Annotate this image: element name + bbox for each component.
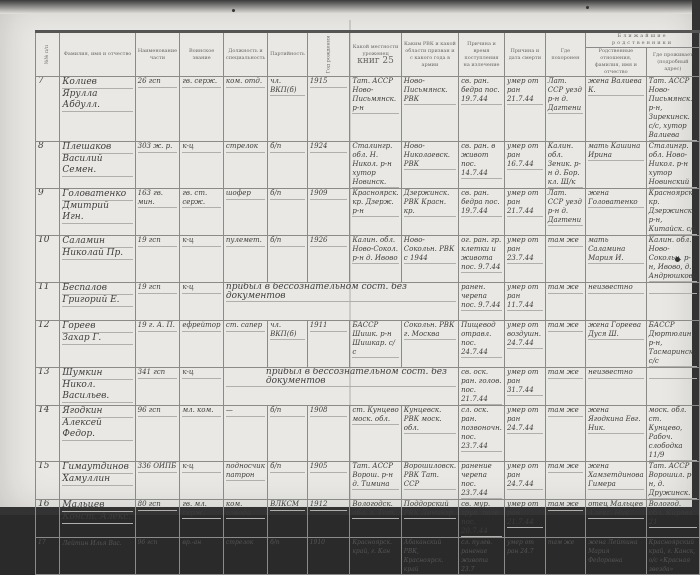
admission-cell: св. ран. в живот пос. 14.7.44 (459, 142, 505, 189)
soldier-name: ГореевЗахар Г. (60, 321, 135, 368)
burial-cell: там же (545, 321, 585, 368)
birth-year-cell: 1905 (307, 462, 350, 500)
address-cell: Калин. обл. Ново-Сокольн. р-н, Ивово, д.… (646, 236, 699, 283)
header-position: Должность и специальность (223, 32, 267, 77)
note-span: прибыл в бессознательном сост. без докум… (223, 368, 458, 406)
position-cell: подносчик патрон (223, 462, 267, 500)
rank-cell: к-ц (180, 236, 224, 283)
admission-cell: ог. ран. гр. клетки и живота пос. 9.7.44 (459, 236, 505, 283)
admission-cell: ранение черепа пос. 23.7.44 (459, 462, 505, 500)
soldier-name: ЯгодкинАлексей Федор. (60, 406, 135, 462)
birthplace-cell: ст. Кунцево моск. обл. (350, 406, 401, 462)
book-note: книг 25 (357, 56, 394, 66)
death-cell: умер от ран 23.7.44 (504, 236, 545, 283)
relative-cell: жена Ягодкина Евг. Ник. (586, 406, 647, 462)
row-number: 15 (36, 462, 60, 500)
party-cell: чл. ВКП(б) (268, 77, 308, 142)
row-number: 9 (36, 189, 60, 236)
rvk-cell: Ново-Письмянск. РВК (401, 77, 458, 142)
header-no: №№ п/п (36, 32, 60, 77)
header-burial: Где похоронен (545, 32, 585, 77)
table-row: 7КолиевЯрулла Абдулл.26 гспгв. серж.ком.… (36, 77, 700, 142)
party-cell: б/п (268, 142, 308, 189)
header-birthplace: Какой местности уроженецкниг 25 (350, 32, 401, 77)
birthplace-cell: Вологодск. обл. г. Тот. (350, 500, 401, 516)
soldier-name: МальцевКонст. Алекс. (60, 500, 135, 516)
header-unit: Наименование части (135, 32, 180, 77)
address-cell: моск. обл. ст. Кунцево, Рабоч. слободка … (646, 406, 699, 462)
soldier-name: КолиевЯрулла Абдулл. (60, 77, 135, 142)
header-death: Причина и дата смерти (504, 32, 545, 77)
rvk-cell: Кунцевск. РВК моск. обл. (401, 406, 458, 462)
party-cell: ВЛКСМ (268, 500, 308, 516)
death-cell: умер от ран 24.7.44 (504, 462, 545, 500)
row-number: 12 (36, 321, 60, 368)
header-rank: Воинское звание (180, 32, 224, 77)
soldier-name: БеспаловГригорий Е. (60, 283, 135, 321)
burial-cell: там же (545, 406, 585, 462)
address-cell (646, 368, 699, 406)
admission-cell: св. мур. груд. позв. пос. 20.7.44 (459, 500, 505, 516)
scan-speck (586, 6, 589, 9)
unit-cell: 163 гв. мин. (135, 189, 180, 236)
burial-cell: там же (545, 283, 585, 321)
unit-cell: 19 гсп (135, 236, 180, 283)
unit-cell: 303 ж. р. (135, 142, 180, 189)
death-cell: умер от воздушн. 24.7.44 (504, 321, 545, 368)
rvk-cell: Ново-Сокольн. РВК с 1944 (401, 236, 458, 283)
scan-speck (232, 9, 235, 12)
table-row: 12ГореевЗахар Г.19 г. А. П.ефрейторст. с… (36, 321, 700, 368)
relative-cell: жена Хамзетдинова Гимера (586, 462, 647, 500)
ledger-page: №№ п/п Фамилия, имя и отчество Наименова… (0, 0, 700, 515)
scan-edge-top (0, 0, 700, 14)
death-cell: умер от ран 31.7.44 (504, 368, 545, 406)
header-year: Год рождения (307, 32, 350, 77)
header-relatives-group: Ближайшие родственники (586, 32, 700, 48)
burial-cell: там же (545, 500, 585, 516)
relative-cell: мать Кашина Ирина (586, 142, 647, 189)
burial-cell: там же (545, 462, 585, 500)
rvk-cell: Ново-Николаевск. РВК (401, 142, 458, 189)
relative-cell: мать Саламина Мария И. (586, 236, 647, 283)
position-cell: стрелок (223, 142, 267, 189)
birth-year-cell: 1912 (307, 500, 350, 516)
birth-year-cell: 1908 (307, 406, 350, 462)
unit-cell: 80 гсп (135, 500, 180, 516)
death-cell: умер от ран 21.7.44 (504, 500, 545, 516)
address-cell: Тат. АССР Ново-Письмянск. р-н, Зирекинск… (646, 77, 699, 142)
soldier-name: ПлешаковВасилий Семен. (60, 142, 135, 189)
position-cell: ст. сапер (223, 321, 267, 368)
table-row: 10СаламинНиколай Пр.19 гспк-цпулемет.б/п… (36, 236, 700, 283)
table-row: 13ШумкинНикол. Васильев.341 гспк-цприбыл… (36, 368, 700, 406)
rank-cell: мл. ком. (180, 406, 224, 462)
row-number: 13 (36, 368, 60, 406)
rvk-cell: Поддорский РВК Ленингр. (401, 500, 458, 516)
relative-cell: неизвестно (586, 283, 647, 321)
admission-cell: св. ран. бедра пос. 19.7.44 (459, 77, 505, 142)
rank-cell: к-ц (180, 283, 224, 321)
party-cell: б/п (268, 406, 308, 462)
scan-speck (675, 257, 680, 262)
rank-cell: к-ц (180, 368, 224, 406)
burial-cell: Лат. ССР уезд р-н д. Дагтени (545, 189, 585, 236)
death-cell: умер от ран 21.7.44 (504, 77, 545, 142)
row-number: 7 (36, 77, 60, 142)
position-cell: пулемет. (223, 236, 267, 283)
relative-cell: жена Валиева К. (586, 77, 647, 142)
rvk-cell: Сокольн. РВК г. Москва (401, 321, 458, 368)
birth-year-cell: 1915 (307, 77, 350, 142)
soldier-name: СаламинНиколай Пр. (60, 236, 135, 283)
row-number: 16 (36, 500, 60, 516)
birthplace-cell: Тат. АССР Ворош. р-н д. Тимина (350, 462, 401, 500)
position-cell: ком. взвода (223, 500, 267, 516)
admission-cell: сл. оск. ран. позвоночн. пос. 23.7.44 (459, 406, 505, 462)
rank-cell: к-ц (180, 142, 224, 189)
birthplace-cell: Сталингр. обл. Н. Никол. р-н хутор Новин… (350, 142, 401, 189)
address-cell: Тат. АССР Ворошил. р-н, д. Дружинск. (646, 462, 699, 500)
birthplace-cell: БАССР Шишк. р-н Шишкар. с/с (350, 321, 401, 368)
burial-cell: Калин. обл. Зеник. р-н д. Бор. кл. Ш/к (545, 142, 585, 189)
admission-cell: ранен. черепа пос. 9.7.44 (459, 283, 505, 321)
address-cell: Красноярск. кр. Дзержинск. р-н, Китайск.… (646, 189, 699, 236)
burial-cell: там же (545, 368, 585, 406)
party-cell: б/п (268, 236, 308, 283)
address-cell: Сталингр. обл. Ново-Никол. р-н хутор Нов… (646, 142, 699, 189)
position-cell: — (223, 406, 267, 462)
rank-cell: гв. ст. серж. (180, 189, 224, 236)
death-cell: умер от ран 16.7.44 (504, 142, 545, 189)
rank-cell: гв. мл. серж. (180, 500, 224, 516)
table-row: 11БеспаловГригорий Е.19 гспк-цприбыл в б… (36, 283, 700, 321)
position-cell: шофер (223, 189, 267, 236)
note-span: прибыл в бессознательном сост. без докум… (223, 283, 458, 321)
birth-year-cell: 1924 (307, 142, 350, 189)
birthplace-cell: Красноярск. кр. Дзерж. р-н (350, 189, 401, 236)
relative-cell: жена Головатенко (586, 189, 647, 236)
header-admission: Причина и время поступления на излечение (459, 32, 505, 77)
rank-cell: гв. серж. (180, 77, 224, 142)
table-row: 16МальцевКонст. Алекс.80 гспгв. мл. серж… (36, 500, 700, 516)
death-cell: умер от ран 11.7.44 (504, 283, 545, 321)
unit-cell: 341 гсп (135, 368, 180, 406)
relative-cell: неизвестно (586, 368, 647, 406)
burial-cell: Лат. ССР уезд р-н д. Дагтени (545, 77, 585, 142)
party-cell: чл. ВКП(б) (268, 321, 308, 368)
admission-cell: св. оск. ран. голов. пос. 21.7.44 (459, 368, 505, 406)
birthplace-cell: Тат. АССР Ново-Письмянск. р-н (350, 77, 401, 142)
address-cell: БАССР Дюртюлин. р-н, Тасмаринск. с/с (646, 321, 699, 368)
rvk-cell: Дзержинск. РВК Красн. кр. (401, 189, 458, 236)
birthplace-cell: Калин. обл. Ново-Сокол. р-н д. Ивово (350, 236, 401, 283)
address-cell (646, 283, 699, 321)
table-row: 15ГимаутдиновХамуллин336 ОИПБк-цподносчи… (36, 462, 700, 500)
header-address: Где проживает (подробный адрес) (646, 48, 699, 77)
unit-cell: 96 гсп (135, 406, 180, 462)
admission-cell: Пищевод отравл. пос. 24.7.44 (459, 321, 505, 368)
rank-cell: ефрейтор (180, 321, 224, 368)
row-number: 14 (36, 406, 60, 462)
position-cell: ком. отд. (223, 77, 267, 142)
table-row: 8ПлешаковВасилий Семен.303 ж. р.к-цстрел… (36, 142, 700, 189)
birth-year-cell: 1909 (307, 189, 350, 236)
row-number: 8 (36, 142, 60, 189)
header-name: Фамилия, имя и отчество (60, 32, 135, 77)
death-register-table: №№ п/п Фамилия, имя и отчество Наименова… (35, 30, 700, 515)
table-row: 14ЯгодкинАлексей Федор.96 гспмл. ком.—б/… (36, 406, 700, 462)
rvk-cell: Ворошиловск. РВК Тат. ССР (401, 462, 458, 500)
header-relative: Родственные отношения, фамилия, имя и от… (586, 48, 647, 77)
party-cell: б/п (268, 189, 308, 236)
unit-cell: 26 гсп (135, 77, 180, 142)
relative-cell: отец Мальцев Алекс. Ник. (586, 500, 647, 516)
party-cell: б/п (268, 462, 308, 500)
birth-year-cell: 1926 (307, 236, 350, 283)
soldier-name: ГоловатенкоДмитрий Игн. (60, 189, 135, 236)
unit-cell: 19 г. А. П. (135, 321, 180, 368)
unit-cell: 336 ОИПБ (135, 462, 180, 500)
unit-cell: 19 гсп (135, 283, 180, 321)
death-cell: умер от ран 21.7.44 (504, 189, 545, 236)
rank-cell: к-ц (180, 462, 224, 500)
admission-cell: св. ран. бедра пос. 19.7.44 (459, 189, 505, 236)
address-cell: Вологод. обл. Кирова 21 (646, 500, 699, 516)
soldier-name: ШумкинНикол. Васильев. (60, 368, 135, 406)
header-rvk: Каким РВК и какой области призван и с ка… (401, 32, 458, 77)
header-party: Партийность (268, 32, 308, 77)
table-row: 9ГоловатенкоДмитрий Игн.163 гв. мин.гв. … (36, 189, 700, 236)
birth-year-cell: 1911 (307, 321, 350, 368)
burial-cell: там же (545, 236, 585, 283)
relative-cell: жена Гореева Дуся Ш. (586, 321, 647, 368)
death-cell: умер от ран 24.7.44 (504, 406, 545, 462)
row-number: 10 (36, 236, 60, 283)
row-number: 11 (36, 283, 60, 321)
soldier-name: ГимаутдиновХамуллин (60, 462, 135, 500)
